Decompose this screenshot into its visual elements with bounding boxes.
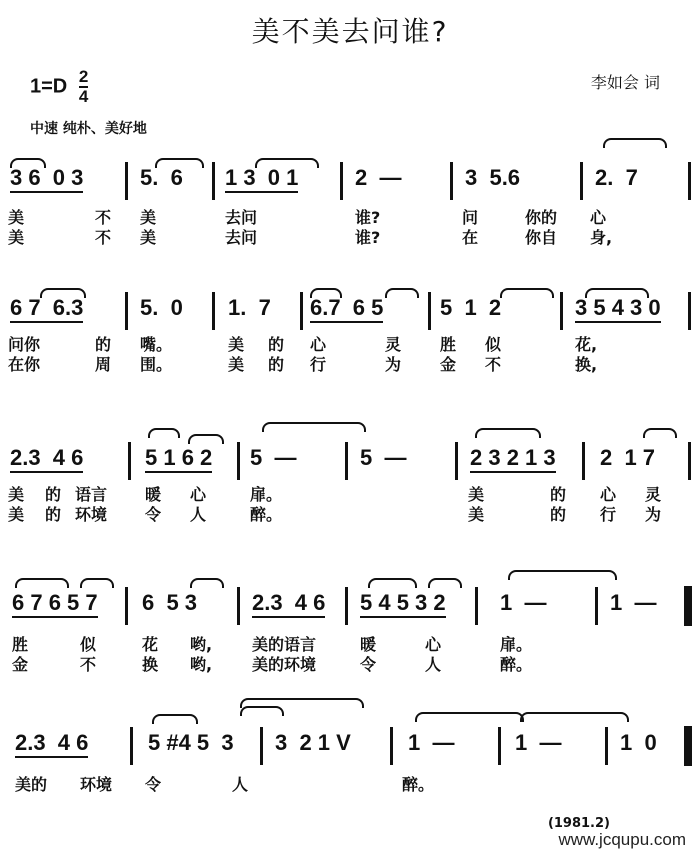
lyric: 换, xyxy=(575,352,597,375)
lyric: 不 xyxy=(485,352,501,375)
barline xyxy=(595,587,598,625)
measure-4: 1 — xyxy=(408,730,454,756)
measure-5: 5 1 2 xyxy=(440,295,501,321)
slur xyxy=(368,578,417,588)
barline xyxy=(605,727,608,765)
measure-2: 6 5 3 xyxy=(142,590,197,616)
lyric: 美 xyxy=(8,225,24,248)
measure-4: 5 4 5 3 2 xyxy=(360,590,446,616)
barline xyxy=(428,292,431,330)
slur xyxy=(415,712,524,722)
measure-6: 2 1 7 xyxy=(600,445,655,471)
composition-date: (1981.2) xyxy=(548,816,610,831)
lyric: 为 xyxy=(645,502,661,525)
barline xyxy=(125,292,128,330)
slur xyxy=(500,288,554,298)
time-denominator: 4 xyxy=(79,88,88,106)
barline xyxy=(688,162,691,200)
lyric: 行 xyxy=(600,502,616,525)
barline xyxy=(345,587,348,625)
lyric: 令 xyxy=(360,652,376,675)
barline xyxy=(688,442,691,480)
measure-6: 2. 7 xyxy=(595,165,638,191)
measure-3: 1. 7 xyxy=(228,295,271,321)
barline xyxy=(390,727,393,765)
measure-1: 3 6 0 3 xyxy=(10,165,83,191)
lyric: 不 xyxy=(95,225,111,248)
lyric: 你自 xyxy=(525,225,557,248)
lyric: 醉。 xyxy=(250,502,282,525)
slur xyxy=(603,138,667,148)
measure-1: 2.3 4 6 xyxy=(15,730,88,756)
slur xyxy=(190,578,224,588)
lyric: 人 xyxy=(190,502,206,525)
slur xyxy=(152,714,198,724)
barline xyxy=(688,292,691,330)
barline xyxy=(130,727,133,765)
lyric: 美 xyxy=(468,502,484,525)
measure-5: 3 5.6 xyxy=(465,165,520,191)
barline xyxy=(450,162,453,200)
time-numerator: 2 xyxy=(79,68,88,88)
measure-1: 6 7 6.3 xyxy=(10,295,83,321)
barline xyxy=(498,727,501,765)
measure-6: 1 0 xyxy=(620,730,657,756)
slur xyxy=(80,578,114,588)
measure-4: 2 — xyxy=(355,165,401,191)
lyric: 换 xyxy=(142,652,158,675)
lyric: 的 xyxy=(550,502,566,525)
barline xyxy=(345,442,348,480)
slur xyxy=(262,422,366,432)
lyric: 周 xyxy=(95,352,111,375)
lyric: 去问 xyxy=(225,225,257,248)
measure-3: 5 — xyxy=(250,445,296,471)
lyric: 在你 xyxy=(8,352,40,375)
lyric: 人 xyxy=(425,652,441,675)
barline xyxy=(475,587,478,625)
time-signature: 2 4 xyxy=(79,68,88,106)
barline xyxy=(237,442,240,480)
barline xyxy=(582,442,585,480)
key-label: 1=D xyxy=(30,75,67,97)
measure-4: 5 — xyxy=(360,445,406,471)
barline xyxy=(340,162,343,200)
measure-3: 3 2 1 V xyxy=(275,730,351,756)
barline xyxy=(580,162,583,200)
barline xyxy=(560,292,563,330)
slur xyxy=(240,698,364,708)
lyric: 美的环境 xyxy=(252,652,316,675)
lyric: 谁? xyxy=(355,225,380,248)
lyric: 令 xyxy=(145,772,161,795)
measure-2: 5. 0 xyxy=(140,295,183,321)
watermark: www.jcqupu.com xyxy=(558,830,686,850)
lyric: 的 xyxy=(268,352,284,375)
lyric: 金 xyxy=(12,652,28,675)
slur xyxy=(385,288,419,298)
lyric: 的 xyxy=(45,502,61,525)
slur xyxy=(475,428,541,438)
slur xyxy=(148,428,180,438)
barline xyxy=(125,162,128,200)
barline xyxy=(125,587,128,625)
lyric: 围。 xyxy=(140,352,172,375)
measure-5: 1 — xyxy=(500,590,546,616)
measure-4: 6.7 6 5 xyxy=(310,295,383,321)
measure-1: 2.3 4 6 xyxy=(10,445,83,471)
lyric: 美 xyxy=(140,225,156,248)
measure-2: 5 #4 5 3 xyxy=(148,730,234,756)
measure-5: 1 — xyxy=(515,730,561,756)
barline xyxy=(212,292,215,330)
lyric: 令 xyxy=(145,502,161,525)
lyric: 金 xyxy=(440,352,456,375)
final-barline xyxy=(684,726,692,766)
slur xyxy=(643,428,677,438)
lyric: 美 xyxy=(8,502,24,525)
lyric: 不 xyxy=(80,652,96,675)
lyric: 哟, xyxy=(190,652,212,675)
lyric: 在 xyxy=(462,225,478,248)
measure-2: 5. 6 xyxy=(140,165,183,191)
lyric: 人 xyxy=(232,772,248,795)
measure-3: 2.3 4 6 xyxy=(252,590,325,616)
lyric: 美的 xyxy=(15,772,47,795)
slur xyxy=(15,578,69,588)
slur xyxy=(508,570,617,580)
repeat-end-barline xyxy=(684,586,692,626)
lyric: 美 xyxy=(228,352,244,375)
barline xyxy=(300,292,303,330)
key-signature: 1=D 2 4 xyxy=(30,68,88,106)
measure-1: 6 7 6 5 7 xyxy=(12,590,98,616)
measure-5: 2 3 2 1 3 xyxy=(470,445,556,471)
barline xyxy=(128,442,131,480)
barline xyxy=(212,162,215,200)
lyric: 醉。 xyxy=(500,652,532,675)
lyric: 身, xyxy=(590,225,612,248)
song-title: 美不美去问谁? xyxy=(0,10,700,50)
measure-6: 3 5 4 3 0 xyxy=(575,295,661,321)
barline xyxy=(260,727,263,765)
measure-6: 1 — xyxy=(610,590,656,616)
lyric: 环境 xyxy=(75,502,107,525)
barline xyxy=(237,587,240,625)
barline xyxy=(455,442,458,480)
slur xyxy=(520,712,629,722)
lyric: 为 xyxy=(385,352,401,375)
slur xyxy=(188,434,224,444)
lyricist-credit: 李如会 词 xyxy=(591,70,660,93)
lyric: 醉。 xyxy=(402,772,434,795)
tempo-marking: 中速 纯朴、美好地 xyxy=(30,118,147,138)
slur xyxy=(428,578,462,588)
measure-2: 5 1 6 2 xyxy=(145,445,212,471)
lyric: 环境 xyxy=(80,772,112,795)
measure-3: 1 3 0 1 xyxy=(225,165,298,191)
lyric: 行 xyxy=(310,352,326,375)
